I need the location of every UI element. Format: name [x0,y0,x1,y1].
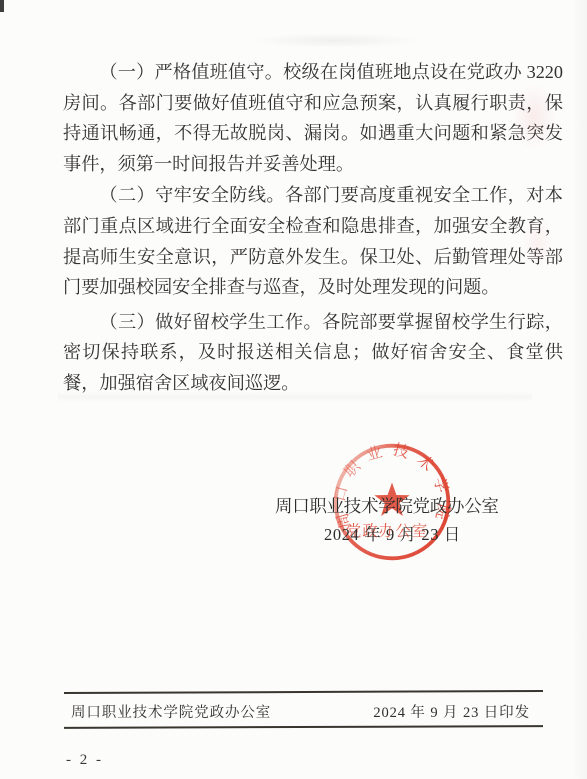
footer-rule-top [64,690,543,694]
body-paragraph: （二）守牢安全防线。各部门要高度重视安全工作，对本部门重点区域进行全面安全检查和… [63,180,563,302]
signature-date: 2024 年 9 月 23 日 [324,521,461,545]
body-paragraph: （三）做好留校学生工作。各院部要掌握留校学生行踪，密切保持联系，及时报送相关信息… [63,307,563,399]
footer-issuer: 周口职业技术学院党政办公室 [71,701,271,722]
footer-rule-bottom [64,725,543,728]
scan-corner-mark [0,0,4,12]
page-number: - 2 - [66,752,104,769]
document-page: （一）严格值班值守。校级在岗值班地点设在党政办 3220 房间。各部门要做好值班… [0,0,587,779]
scan-edge-shading [573,0,587,779]
signature-organization: 周口职业技术学院党政办公室 [275,493,499,518]
footer-print-date: 2024 年 9 月 23 日印发 [373,701,530,722]
document-body: （一）严格值班值守。校级在岗值班地点设在党政办 3220 房间。各部门要做好值班… [63,57,563,399]
scan-smudge [250,33,420,48]
body-paragraph: （一）严格值班值守。校级在岗值班地点设在党政办 3220 房间。各部门要做好值班… [63,57,563,179]
